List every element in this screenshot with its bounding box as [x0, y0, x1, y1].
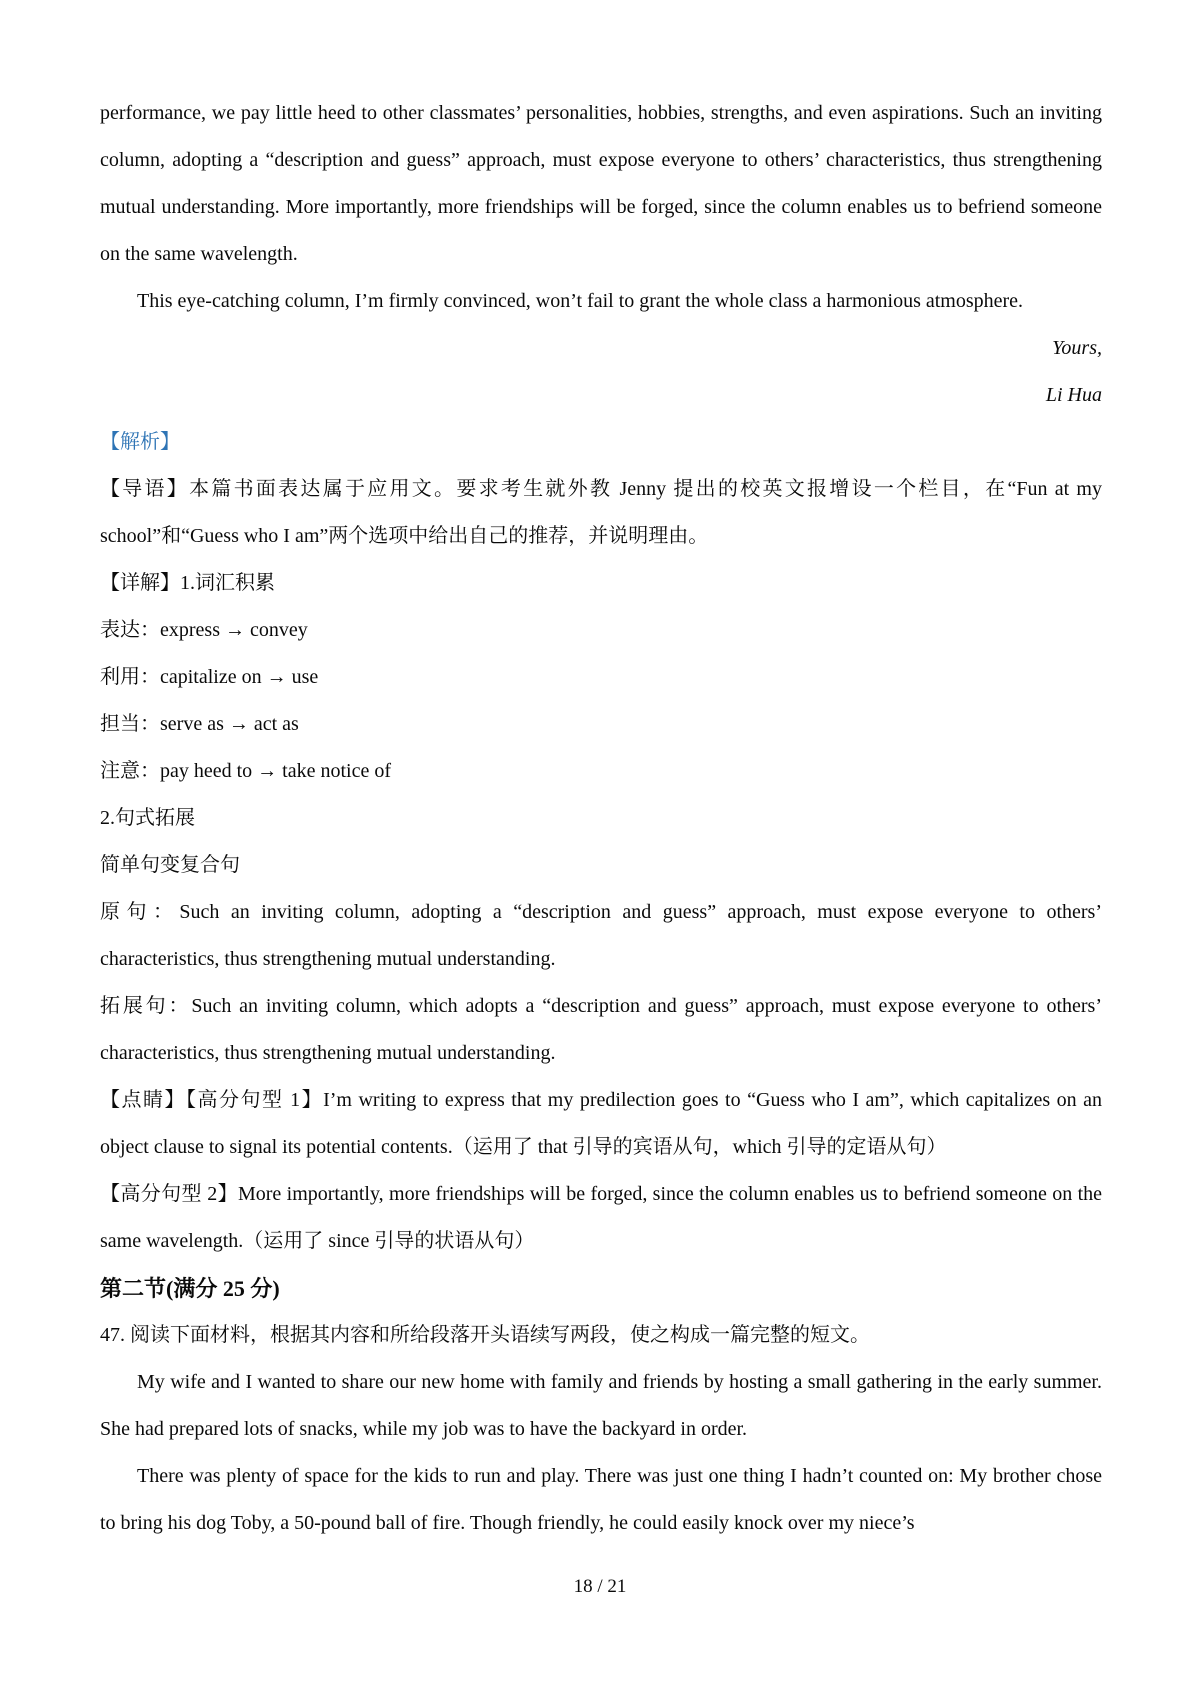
- task-47-instruction: 47. 阅读下面材料，根据其内容和所给段落开头语续写两段，使之构成一篇完整的短文…: [100, 1312, 1102, 1359]
- letter-sign-off: Yours,: [100, 325, 1102, 372]
- highlight-sentence-1-paragraph: 【点睛】【高分句型 1】I’m writing to express that …: [100, 1077, 1102, 1171]
- vocab-item-express: 表达：express → convey: [100, 607, 1102, 654]
- analysis-detail-heading: 【详解】1.词汇积累: [100, 560, 1102, 607]
- material-paragraph-2: There was plenty of space for the kids t…: [100, 1453, 1102, 1547]
- vocab-item-pay-heed: 注意：pay heed to → take notice of: [100, 748, 1102, 795]
- document-content: performance, we pay little heed to other…: [0, 0, 1200, 1547]
- sentence-pattern-heading: 2.句式拓展: [100, 795, 1102, 842]
- highlight-sentence-2-paragraph: 【高分句型 2】More importantly, more friendshi…: [100, 1171, 1102, 1265]
- expanded-sentence-paragraph: 拓展句：Such an inviting column, which adopt…: [100, 983, 1102, 1077]
- document-page: performance, we pay little heed to other…: [0, 0, 1200, 1697]
- vocab-item-capitalize: 利用：capitalize on → use: [100, 654, 1102, 701]
- sentence-pattern-subheading: 简单句变复合句: [100, 842, 1102, 889]
- analysis-section-label: 【解析】: [100, 419, 1102, 466]
- section-2-heading: 第二节(满分 25 分): [100, 1265, 1102, 1312]
- analysis-intro-paragraph: 【导语】本篇书面表达属于应用文。要求考生就外教 Jenny 提出的校英文报增设一…: [100, 466, 1102, 560]
- page-number-footer: 18 / 21: [0, 1575, 1200, 1599]
- material-paragraph-1: My wife and I wanted to share our new ho…: [100, 1359, 1102, 1453]
- letter-signature: Li Hua: [100, 372, 1102, 419]
- letter-body-paragraph: performance, we pay little heed to other…: [100, 90, 1102, 278]
- vocab-item-serve-as: 担当：serve as → act as: [100, 701, 1102, 748]
- original-sentence-paragraph: 原句：Such an inviting column, adopting a “…: [100, 889, 1102, 983]
- letter-closing-paragraph: This eye-catching column, I’m firmly con…: [100, 278, 1102, 325]
